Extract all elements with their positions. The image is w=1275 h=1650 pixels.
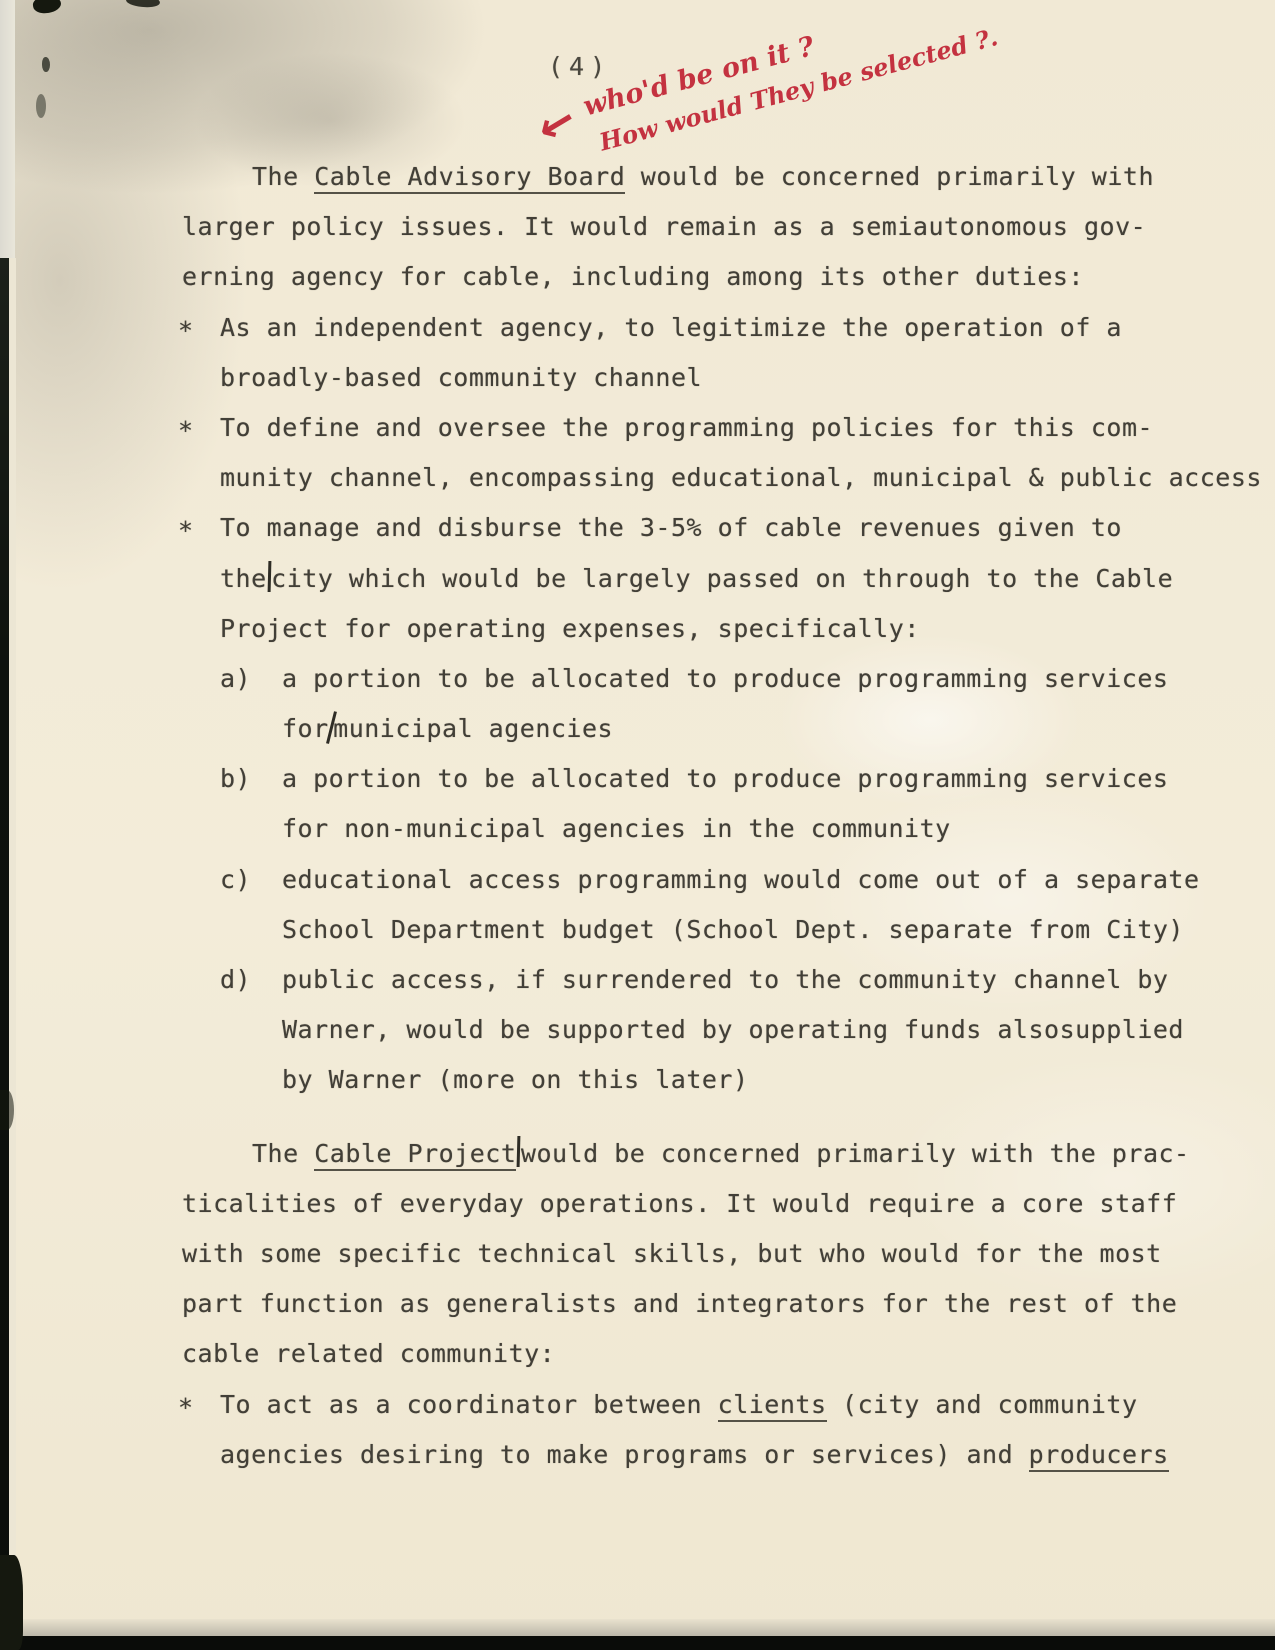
- underlined-text: Cable Advisory Board: [314, 162, 625, 194]
- scanned-document-page: (4) ↙ who'd be on it ? How would They be…: [0, 0, 1275, 1650]
- list-marker: *: [178, 306, 194, 356]
- text-segment: Warner, would be supported by operating …: [282, 1015, 1184, 1044]
- document-line: erning agency for cable, including among…: [182, 252, 1275, 302]
- text-segment: a portion to be allocated to produce pro…: [282, 664, 1168, 693]
- text-segment: The: [252, 162, 314, 191]
- text-segment: agencies desiring to make programs or se…: [220, 1440, 1029, 1469]
- text-segment: cable related community:: [182, 1339, 555, 1368]
- text-segment: munity channel, encompassing educational…: [220, 463, 1262, 492]
- underlined-text: clients: [718, 1390, 827, 1422]
- list-marker: *: [178, 1383, 194, 1433]
- text-segment: a portion to be allocated to produce pro…: [282, 764, 1168, 793]
- ink-smudge: [0, 1090, 14, 1130]
- ink-smudge: [0, 1555, 23, 1650]
- text-segment: (city and community: [827, 1390, 1138, 1419]
- document-line: *To define and oversee the programming p…: [182, 403, 1275, 453]
- text-segment: erning agency for cable, including among…: [182, 262, 1084, 291]
- document-line: School Department budget (School Dept. s…: [182, 905, 1275, 955]
- document-line: Warner, would be supported by operating …: [182, 1005, 1275, 1055]
- document-line: ticalities of everyday operations. It wo…: [182, 1179, 1275, 1229]
- document-line: d)public access, if surrendered to the c…: [182, 955, 1275, 1005]
- document-line: b)a portion to be allocated to produce p…: [182, 754, 1275, 804]
- document-line: part function as generalists and integra…: [182, 1279, 1275, 1329]
- text-segment: city which would be largely passed on th…: [271, 564, 1173, 593]
- list-marker: *: [178, 406, 194, 456]
- typewritten-text-block: The Cable Advisory Board would be concer…: [182, 152, 1275, 1480]
- list-marker: a): [220, 654, 251, 704]
- document-line: *To act as a coordinator between clients…: [182, 1380, 1275, 1430]
- text-segment: by Warner (more on this later): [282, 1065, 749, 1094]
- document-line: a)a portion to be allocated to produce p…: [182, 654, 1275, 704]
- document-line: by Warner (more on this later): [182, 1055, 1275, 1105]
- text-segment: The: [252, 1139, 314, 1168]
- document-line: *As an independent agency, to legitimize…: [182, 303, 1275, 353]
- list-marker: d): [220, 955, 251, 1005]
- text-segment: broadly-based community channel: [220, 363, 702, 392]
- underlined-text: Cable Project: [314, 1139, 516, 1171]
- text-segment: ticalities of everyday operations. It wo…: [182, 1189, 1177, 1218]
- text-segment: Project for operating expenses, specific…: [220, 614, 920, 643]
- document-line: cable related community:: [182, 1329, 1275, 1379]
- list-marker: c): [220, 855, 251, 905]
- text-segment: would be concerned primarily with: [625, 162, 1154, 191]
- list-marker: *: [178, 506, 194, 556]
- scan-edge-left-sliver: [9, 258, 16, 1636]
- scan-edge-bottom-dark: [0, 1636, 1275, 1650]
- insertion-arrow-icon: ↙: [532, 96, 580, 154]
- document-line: Project for operating expenses, specific…: [182, 604, 1275, 654]
- text-segment: To manage and disburse the 3-5% of cable…: [220, 513, 1122, 542]
- text-segment: for non-municipal agencies in the commun…: [282, 814, 951, 843]
- text-segment: the: [220, 564, 267, 593]
- document-line: for non-municipal agencies in the commun…: [182, 804, 1275, 854]
- text-segment: School Department budget (School Dept. s…: [282, 915, 1184, 944]
- underlined-text: producers: [1029, 1440, 1169, 1472]
- document-line: with some specific technical skills, but…: [182, 1229, 1275, 1279]
- scan-edge-bottom-shadow: [0, 1619, 1275, 1637]
- document-line: The Cable Advisory Board would be concer…: [182, 152, 1275, 202]
- text-segment: with some specific technical skills, but…: [182, 1239, 1162, 1268]
- list-marker: b): [220, 754, 251, 804]
- document-line: munity channel, encompassing educational…: [182, 453, 1275, 503]
- text-segment: larger policy issues. It would remain as…: [182, 212, 1146, 241]
- pen-mark: [517, 1136, 520, 1167]
- scan-edge-left-dark: [0, 258, 9, 1650]
- document-line: *To manage and disburse the 3-5% of cabl…: [182, 503, 1275, 553]
- text-segment: for: [282, 714, 329, 743]
- document-line: larger policy issues. It would remain as…: [182, 202, 1275, 252]
- text-segment: As an independent agency, to legitimize …: [220, 313, 1122, 342]
- text-segment: To act as a coordinator between: [220, 1390, 718, 1419]
- document-line: agencies desiring to make programs or se…: [182, 1430, 1275, 1480]
- document-line: c)educational access programming would c…: [182, 855, 1275, 905]
- text-segment: municipal agencies: [333, 714, 613, 743]
- text-segment: educational access programming would com…: [282, 865, 1200, 894]
- text-segment: public access, if surrendered to the com…: [282, 965, 1168, 994]
- text-segment: would be concerned primarily with the pr…: [521, 1139, 1190, 1168]
- text-segment: part function as generalists and integra…: [182, 1289, 1177, 1318]
- text-segment: To define and oversee the programming po…: [220, 413, 1153, 442]
- document-line: The Cable Projectwould be concerned prim…: [182, 1129, 1275, 1179]
- document-line: broadly-based community channel: [182, 353, 1275, 403]
- document-line: thecity which would be largely passed on…: [182, 554, 1275, 604]
- pen-mark: [267, 561, 270, 592]
- document-line: formunicipal agencies: [182, 704, 1275, 754]
